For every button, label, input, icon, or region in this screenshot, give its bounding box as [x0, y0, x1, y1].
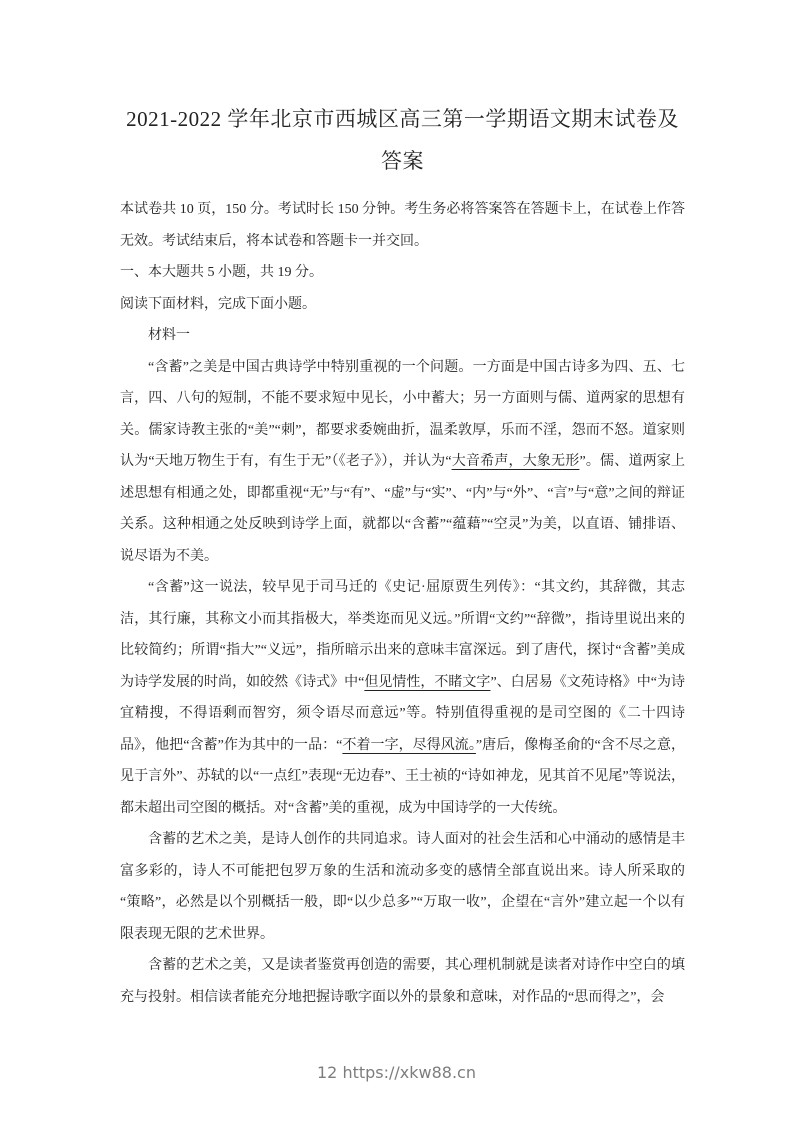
underlined-phrase: 大音希声，大象无形 — [452, 454, 580, 469]
material-label: 材料一 — [120, 320, 685, 352]
paragraph-text: “含蓄”之美是中国古典诗学中特别重视的一个问题。一方面是中国古诗多为四、五、七言… — [120, 360, 685, 470]
page-title: 2021-2022 学年北京市西城区高三第一学期语文期末试卷及答案 — [120, 98, 685, 182]
material-paragraph-4: 含蓄的艺术之美，又是读者鉴赏再创造的需要，其心理机制就是读者对诗作中空白的填充与… — [120, 950, 685, 1013]
material-paragraph-2: “含蓄”这一说法，较早见于司马迁的《史记·屈原贾生列传》：“其文约，其辞微，其志… — [120, 572, 685, 824]
section-heading: 一、本大题共 5 小题，共 19 分。 — [120, 257, 685, 289]
exam-notice: 本试卷共 10 页，150 分。考试时长 150 分钟。考生务必将答案答在答题卡… — [120, 194, 685, 257]
underlined-phrase: 不着一字，尽得风流。 — [342, 738, 476, 753]
document-page: 2021-2022 学年北京市西城区高三第一学期语文期末试卷及答案 本试卷共 1… — [0, 0, 793, 1122]
paragraph-text: ”。儒、道两家上述思想有相通之处，即都重视“无”与“有”、“虚”与“实”、“内”… — [120, 454, 685, 564]
underlined-phrase: 但见情性，不睹文字 — [364, 675, 490, 690]
material-paragraph-3: 含蓄的艺术之美，是诗人创作的共同追求。诗人面对的社会生活和心中涌动的感情是丰富多… — [120, 824, 685, 950]
material-paragraph-1: “含蓄”之美是中国古典诗学中特别重视的一个问题。一方面是中国古诗多为四、五、七言… — [120, 352, 685, 573]
paragraph-text: “含蓄”这一说法，较早见于司马迁的《史记·屈原贾生列传》：“其文约，其辞微，其志… — [120, 580, 685, 690]
footer-url[interactable]: https://xkw88.cn — [342, 1063, 476, 1082]
document-content: 2021-2022 学年北京市西城区高三第一学期语文期末试卷及答案 本试卷共 1… — [120, 98, 685, 1013]
page-footer: 12 https://xkw88.cn — [0, 1063, 793, 1082]
reading-instruction: 阅读下面材料，完成下面小题。 — [120, 289, 685, 321]
footer-page-number: 12 — [317, 1063, 337, 1082]
